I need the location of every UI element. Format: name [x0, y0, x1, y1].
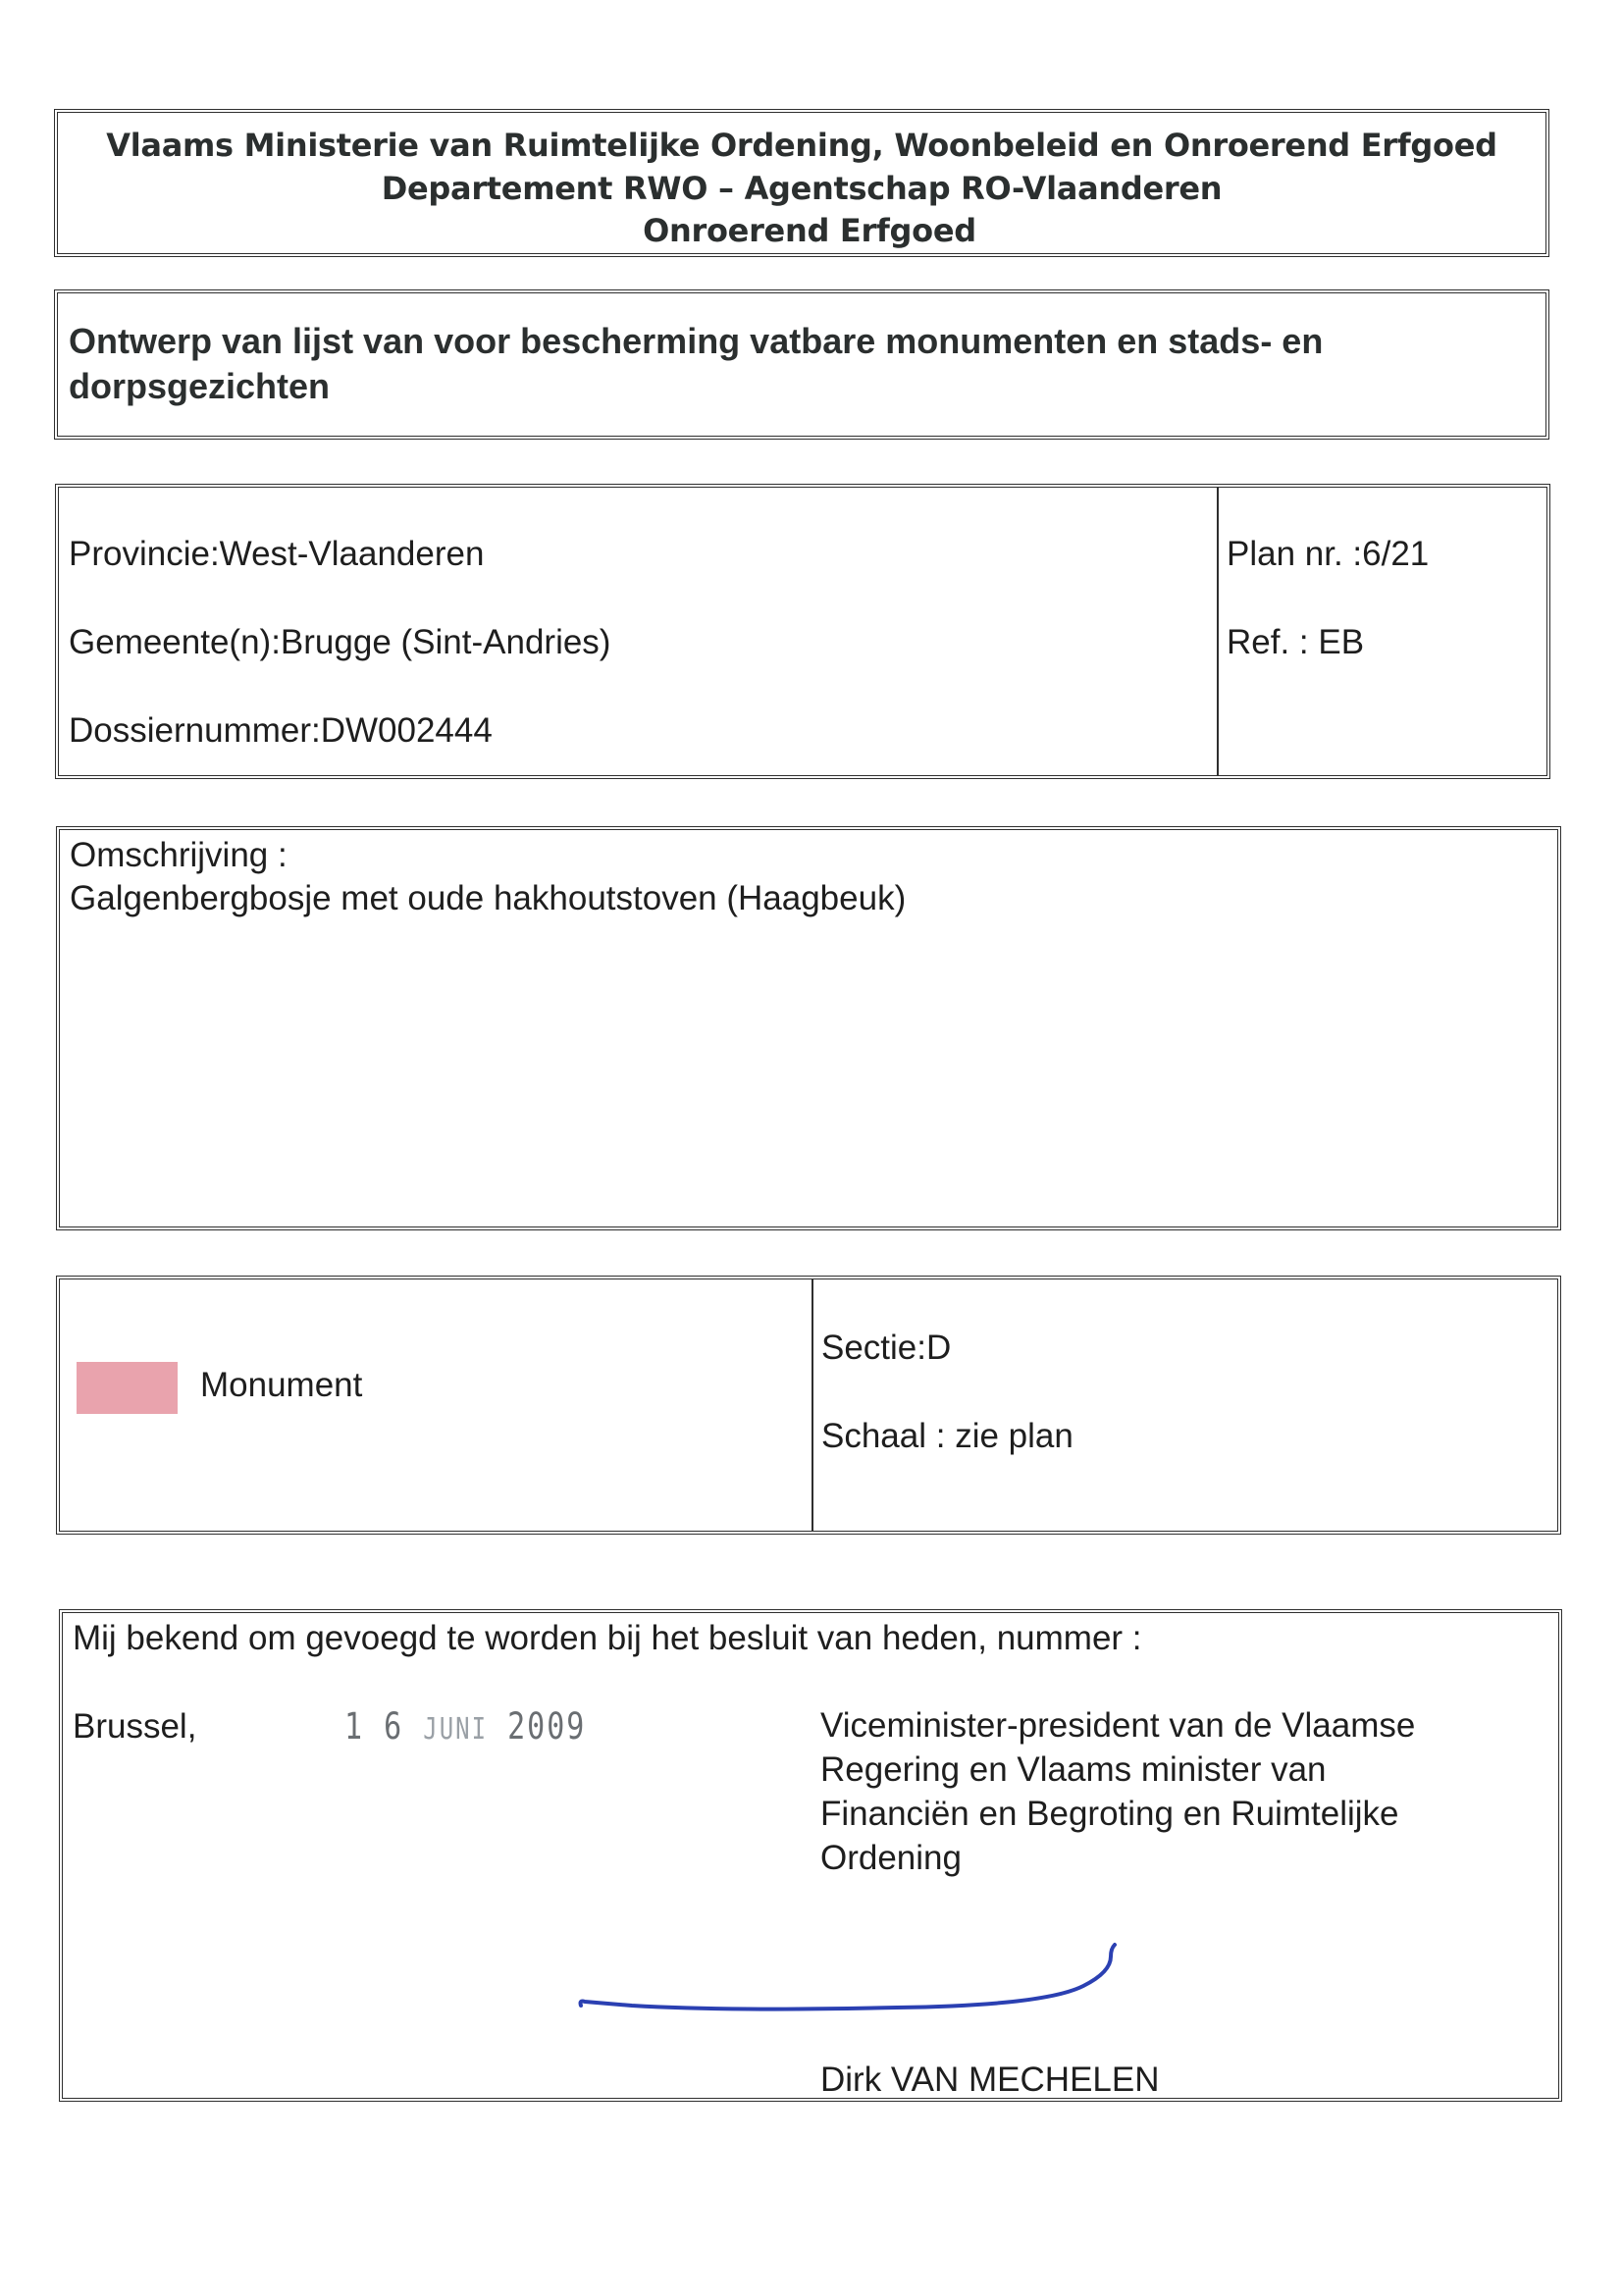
- place-label: Brussel,: [73, 1707, 196, 1747]
- date-stamp-month: JUNI: [423, 1711, 488, 1746]
- monument-legend-swatch: [77, 1362, 178, 1414]
- approval-statement: Mij bekend om gevoegd te worden bij het …: [73, 1619, 1142, 1658]
- description-box: Omschrijving : Galgenbergbosje met oude …: [56, 826, 1561, 1230]
- agency-name: Onroerend Erfgoed: [66, 212, 1553, 249]
- gemeente-field: Gemeente(n):Brugge (Sint-Andries): [69, 623, 610, 662]
- legend-box: Monument Sectie:D Schaal : zie plan: [56, 1276, 1561, 1535]
- description-text: Galgenbergbosje met oude hakhoutstoven (…: [70, 879, 906, 918]
- plan-number-field: Plan nr. :6/21: [1227, 535, 1429, 574]
- ministry-name: Vlaams Ministerie van Ruimtelijke Ordeni…: [58, 127, 1545, 164]
- provincie-field: Provincie:West-Vlaanderen: [69, 535, 484, 574]
- signature-icon: [573, 1937, 1162, 2055]
- signatory-name: Dirk VAN MECHELEN: [820, 2061, 1160, 2100]
- date-stamp: 1 6 JUNI 2009: [344, 1705, 586, 1748]
- description-label: Omschrijving :: [70, 836, 288, 875]
- info-divider: [1217, 488, 1219, 775]
- ministry-header-box: Vlaams Ministerie van Ruimtelijke Ordeni…: [54, 109, 1549, 257]
- document-title: Ontwerp van lijst van voor bescherming v…: [69, 319, 1482, 409]
- department-name: Departement RWO – Agentschap RO-Vlaander…: [58, 170, 1545, 207]
- info-box: Provincie:West-Vlaanderen Gemeente(n):Br…: [55, 484, 1550, 779]
- legend-divider: [811, 1279, 813, 1531]
- minister-title: Viceminister-president van de Vlaamse Re…: [820, 1703, 1415, 1880]
- schaal-field: Schaal : zie plan: [821, 1417, 1073, 1456]
- date-stamp-day: 1 6: [344, 1705, 403, 1748]
- date-stamp-year: 2009: [507, 1705, 586, 1748]
- approval-box: Mij bekend om gevoegd te worden bij het …: [59, 1609, 1562, 2102]
- document-title-box: Ontwerp van lijst van voor bescherming v…: [54, 289, 1549, 440]
- dossiernummer-field: Dossiernummer:DW002444: [69, 711, 493, 751]
- monument-legend-label: Monument: [200, 1366, 362, 1405]
- reference-field: Ref. : EB: [1227, 623, 1364, 662]
- sectie-field: Sectie:D: [821, 1329, 951, 1368]
